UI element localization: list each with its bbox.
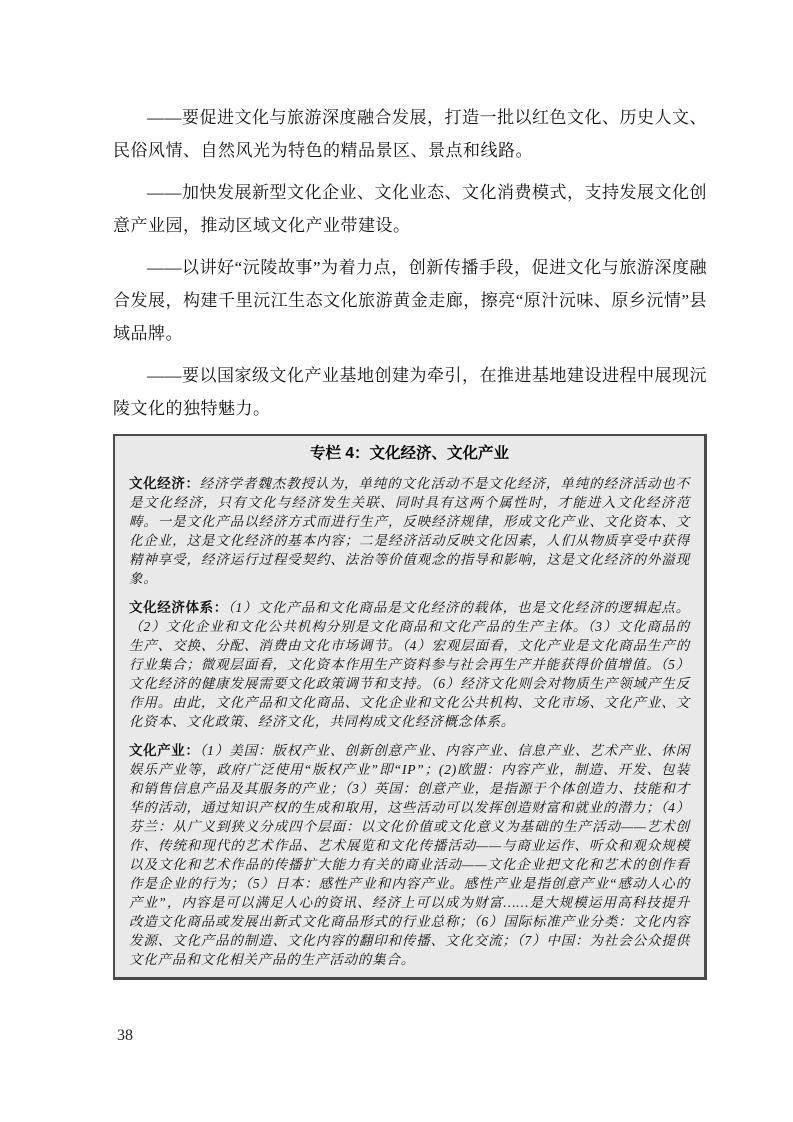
body-paragraph: ——要以国家级文化产业基地创建为牵引，在推进基地建设进程中展现沅陵文化的独特魅力… [113, 359, 707, 425]
box-section-label: 文化产业： [129, 743, 200, 758]
body-paragraph: ——以讲好“沅陵故事”为着力点，创新传播手段，促进文化与旅游深度融合发展，构建千… [113, 251, 707, 350]
box-section-text: 经济学者魏杰教授认为，单纯的文化活动不是文化经济，单纯的经济活动也不是文化经济，… [129, 476, 690, 586]
box-section-text: （1）美国：版权产业、创新创意产业、内容产业、信息产业、艺术产业、休闲娱乐产业等… [129, 743, 690, 967]
box-section-culture-industry: 文化产业：（1）美国：版权产业、创新创意产业、内容产业、信息产业、艺术产业、休闲… [129, 741, 690, 969]
column-box-title: 专栏 4：文化经济、文化产业 [129, 443, 690, 465]
document-page: ——要促进文化与旅游深度融合发展，打造一批以红色文化、历史人文、民俗风情、自然风… [0, 0, 793, 1122]
body-paragraph: ——要促进文化与旅游深度融合发展，打造一批以红色文化、历史人文、民俗风情、自然风… [113, 101, 707, 167]
box-section-label: 文化经济： [129, 476, 200, 491]
column-box: 专栏 4：文化经济、文化产业 文化经济：经济学者魏杰教授认为，单纯的文化活动不是… [113, 434, 707, 980]
page-content: ——要促进文化与旅游深度融合发展，打造一批以红色文化、历史人文、民俗风情、自然风… [113, 0, 707, 980]
box-section-culture-economy-system: 文化经济体系：（1）文化产品和文化商品是文化经济的载体，也是文化经济的逻辑起点。… [129, 598, 690, 731]
box-section-text: （1）文化产品和文化商品是文化经济的载体，也是文化经济的逻辑起点。（2）文化企业… [129, 600, 690, 729]
box-section-culture-economy: 文化经济：经济学者魏杰教授认为，单纯的文化活动不是文化经济，单纯的经济活动也不是… [129, 474, 690, 588]
page-number: 38 [117, 1026, 133, 1046]
body-paragraph: ——加快发展新型文化企业、文化业态、文化消费模式，支持发展文化创意产业园，推动区… [113, 176, 707, 242]
box-section-label: 文化经济体系： [129, 600, 228, 615]
